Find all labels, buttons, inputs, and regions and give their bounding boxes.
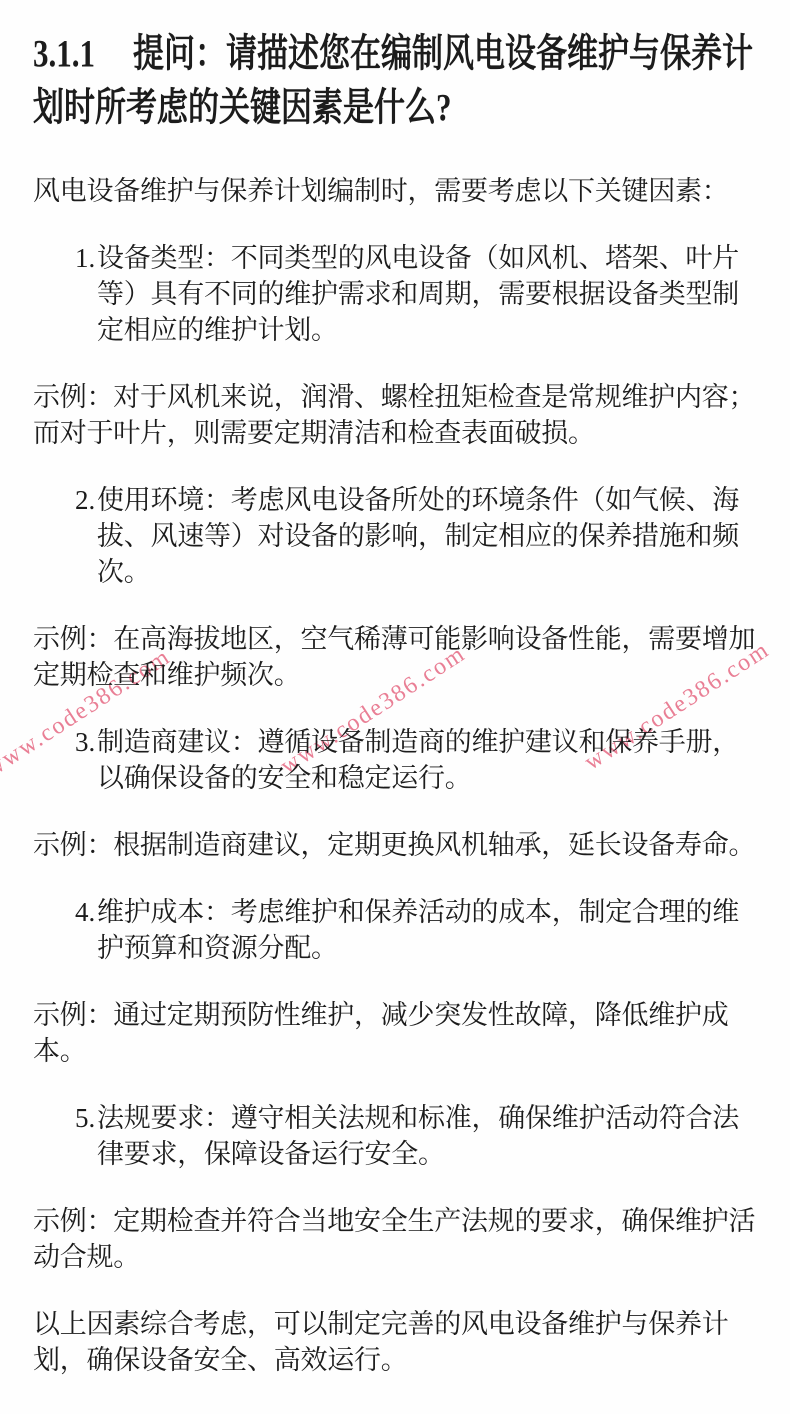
example-paragraph-5: 示例：定期检查并符合当地安全生产法规的要求，确保维护活动合规。	[33, 1203, 757, 1275]
list-item-1-text: 设备类型：不同类型的风电设备（如风机、塔架、叶片等）具有不同的维护需求和周期，需…	[97, 243, 739, 345]
example-paragraph-1: 示例：对于风机来说，润滑、螺栓扭矩检查是常规维护内容；而对于叶片，则需要定期清洁…	[33, 379, 757, 451]
list-item-5-marker: 5.	[75, 1100, 95, 1136]
conclusion-paragraph: 以上因素综合考虑，可以制定完善的风电设备维护与保养计划，确保设备安全、高效运行。	[33, 1306, 757, 1378]
example-paragraph-2: 示例：在高海拔地区，空气稀薄可能影响设备性能，需要增加定期检查和维护频次。	[33, 621, 757, 693]
list-item-4: 4. 维护成本：考虑维护和保养活动的成本，制定合理的维护预算和资源分配。	[33, 894, 757, 966]
document-content: 3.1.1提问：请描述您在编制风电设备维护与保养计划时所考虑的关键因素是什么? …	[0, 26, 790, 1378]
example-paragraph-3: 示例：根据制造商建议，定期更换风机轴承，延长设备寿命。	[33, 827, 757, 863]
list-item-4-marker: 4.	[75, 894, 95, 930]
section-number: 3.1.1	[33, 26, 95, 80]
list-item-3: 3. 制造商建议：遵循设备制造商的维护建议和保养手册，以确保设备的安全和稳定运行…	[33, 724, 757, 796]
section-heading: 3.1.1提问：请描述您在编制风电设备维护与保养计划时所考虑的关键因素是什么?	[33, 26, 757, 134]
document-page: www.code386.com www.code386.com www.code…	[0, 0, 790, 1414]
list-item-1: 1. 设备类型：不同类型的风电设备（如风机、塔架、叶片等）具有不同的维护需求和周…	[33, 240, 757, 348]
list-item-3-marker: 3.	[75, 724, 95, 760]
list-item-2-marker: 2.	[75, 482, 95, 518]
list-item-4-text: 维护成本：考虑维护和保养活动的成本，制定合理的维护预算和资源分配。	[97, 897, 739, 963]
example-paragraph-4: 示例：通过定期预防性维护，减少突发性故障，降低维护成本。	[33, 997, 757, 1069]
list-item-5-text: 法规要求：遵守相关法规和标准，确保维护活动符合法律要求，保障设备运行安全。	[97, 1103, 739, 1169]
list-item-5: 5. 法规要求：遵守相关法规和标准，确保维护活动符合法律要求，保障设备运行安全。	[33, 1100, 757, 1172]
list-item-1-marker: 1.	[75, 240, 95, 276]
list-item-2-text: 使用环境：考虑风电设备所处的环境条件（如气候、海拔、风速等）对设备的影响，制定相…	[97, 485, 739, 587]
section-title: 提问：请描述您在编制风电设备维护与保养计划时所考虑的关键因素是什么?	[33, 31, 753, 129]
intro-paragraph: 风电设备维护与保养计划编制时，需要考虑以下关键因素：	[33, 173, 757, 209]
list-item-3-text: 制造商建议：遵循设备制造商的维护建议和保养手册，以确保设备的安全和稳定运行。	[97, 727, 739, 793]
list-item-2: 2. 使用环境：考虑风电设备所处的环境条件（如气候、海拔、风速等）对设备的影响，…	[33, 482, 757, 590]
